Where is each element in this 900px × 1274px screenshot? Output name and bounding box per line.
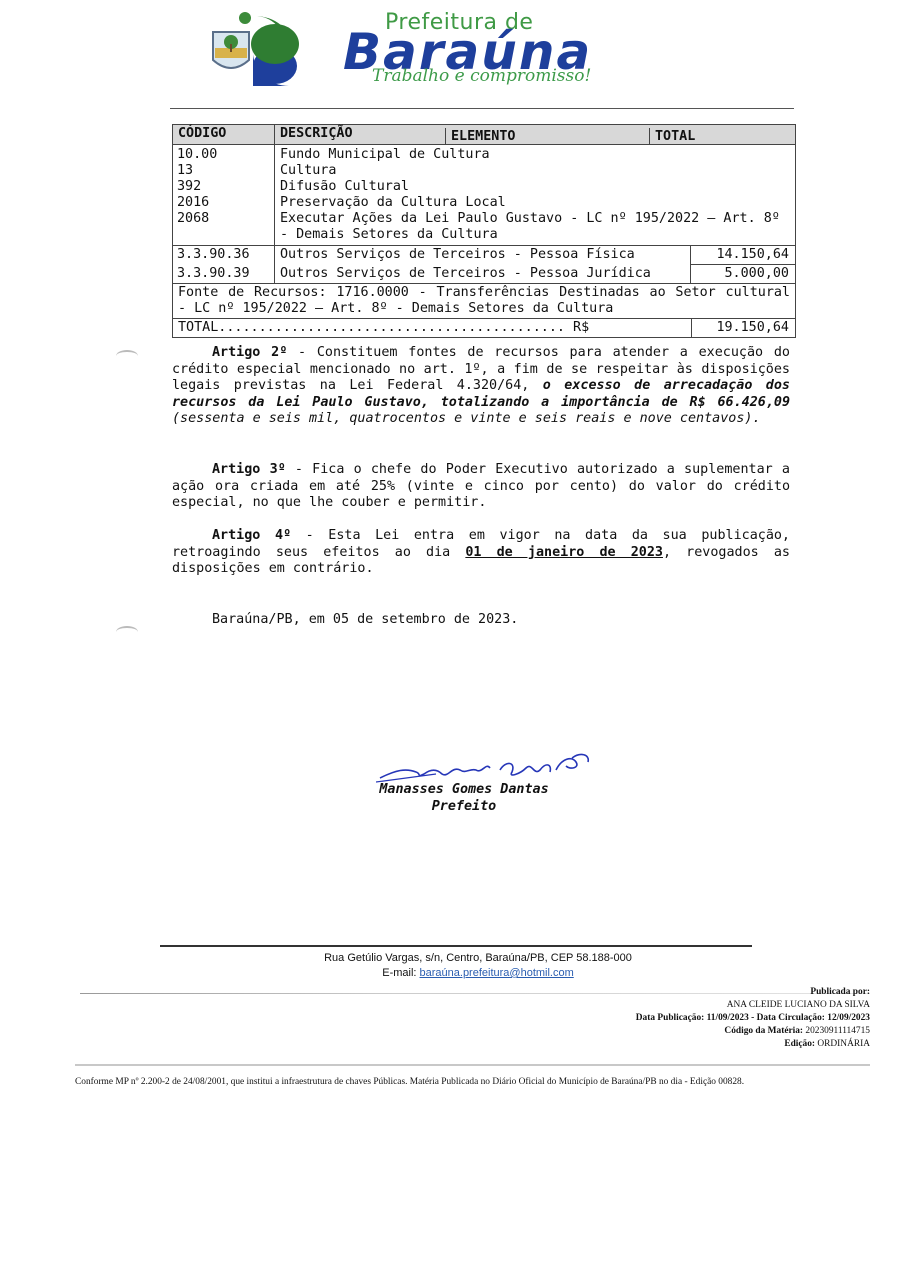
punch-hole-mark: [116, 626, 138, 638]
article-3: Artigo 3º - Fica o chefe do Poder Execut…: [172, 462, 790, 512]
table-cell-code: 13: [177, 163, 270, 179]
header-elemento: ELEMENTO: [445, 128, 650, 144]
budget-table: CÓDIGO DESCRIÇÃO ELEMENTO TOTAL 10.00 13…: [172, 124, 796, 338]
total-label: TOTAL...................................…: [173, 319, 691, 337]
signatory-role: Prefeito: [0, 798, 900, 815]
table-cell-description: Executar Ações da Lei Paulo Gustavo - LC…: [280, 211, 790, 243]
article-heading: Artigo 3º: [212, 462, 286, 477]
table-row: 3.3.90.39 Outros Serviços de Terceiros -…: [173, 265, 795, 283]
article-heading: Artigo 2º: [212, 345, 287, 360]
logo-slogan: Trabalho e compromisso!: [372, 66, 591, 86]
table-cell-total: 14.150,64: [690, 246, 795, 265]
elements-block: 3.3.90.36 Outros Serviços de Terceiros -…: [173, 246, 795, 284]
code-label: Código da Matéria:: [724, 1026, 803, 1036]
table-cell-code: 3.3.90.39: [173, 265, 275, 283]
edition-label: Edição:: [784, 1039, 815, 1049]
table-cell-description: Fundo Municipal de Cultura: [280, 147, 790, 163]
footer-contact: Rua Getúlio Vargas, s/n, Centro, Baraúna…: [0, 951, 900, 981]
table-cell-description: Difusão Cultural: [280, 179, 790, 195]
article-2: Artigo 2º - Constituem fontes de recurso…: [172, 345, 790, 428]
article-amount-words: (sessenta e seis mil, quatrocentos e vin…: [172, 411, 761, 426]
circ-date: 12/09/2023: [827, 1013, 870, 1023]
table-header: CÓDIGO DESCRIÇÃO ELEMENTO TOTAL: [173, 125, 795, 145]
footer-divider: [160, 945, 752, 947]
header-codigo: CÓDIGO: [173, 125, 275, 144]
total-value: 19.150,64: [691, 319, 795, 337]
table-row: 3.3.90.36 Outros Serviços de Terceiros -…: [173, 246, 795, 265]
email-link[interactable]: baraúna.prefeitura@hotmil.com: [420, 967, 574, 979]
signature-icon: [376, 748, 596, 784]
signatory-name: Manasses Gomes Dantas: [0, 781, 900, 798]
published-by-label: Publicada por:: [810, 987, 870, 997]
table-cell-total: 5.000,00: [690, 265, 795, 283]
table-cell-code: 392: [177, 179, 270, 195]
effective-date: 01 de janeiro de 2023: [465, 545, 663, 560]
table-cell-code: 2016: [177, 195, 270, 211]
matter-code: 20230911114715: [805, 1026, 870, 1036]
email-label: E-mail:: [382, 967, 419, 979]
city-emblem-icon: [205, 10, 325, 88]
bottom-divider: [75, 1064, 870, 1066]
table-cell-code: 10.00: [177, 147, 270, 163]
header-total: TOTAL: [650, 128, 795, 144]
table-cell-description: Preservação da Cultura Local: [280, 195, 790, 211]
circ-date-label: Data Circulação:: [757, 1013, 825, 1023]
table-cell-description: Outros Serviços de Terceiros - Pessoa Fí…: [275, 246, 690, 265]
signatory-block: Manasses Gomes Dantas Prefeito: [0, 781, 900, 815]
classification-block: 10.00 13 392 2016 2068 Fundo Municipal d…: [173, 145, 795, 246]
classification-descriptions: Fundo Municipal de Cultura Cultura Difus…: [275, 145, 795, 245]
legal-notice: Conforme MP nº 2.200-2 de 24/08/2001, qu…: [75, 1077, 744, 1087]
classification-codes: 10.00 13 392 2016 2068: [173, 145, 275, 245]
publication-info: Publicada por: ANA CLEIDE LUCIANO DA SIL…: [636, 986, 870, 1051]
article-heading: Artigo 4º: [212, 528, 291, 543]
place-and-date: Baraúna/PB, em 05 de setembro de 2023.: [212, 612, 518, 627]
published-by-name: ANA CLEIDE LUCIANO DA SILVA: [636, 999, 870, 1012]
table-cell-description: Cultura: [280, 163, 790, 179]
edition-type: ORDINÁRIA: [817, 1039, 870, 1049]
total-row: TOTAL...................................…: [173, 319, 795, 337]
header-divider: [170, 108, 794, 109]
header-descricao: DESCRIÇÃO: [275, 125, 445, 144]
prefeitura-logo: Prefeitura de Baraúna Trabalho e comprom…: [205, 4, 665, 90]
footer-address: Rua Getúlio Vargas, s/n, Centro, Baraúna…: [0, 951, 900, 966]
article-4: Artigo 4º - Esta Lei entra em vigor na d…: [172, 528, 790, 578]
funding-source: Fonte de Recursos: 1716.0000 - Transferê…: [173, 284, 795, 319]
punch-hole-mark: [116, 350, 138, 362]
table-cell-code: 3.3.90.36: [173, 246, 275, 265]
pub-date: 11/09/2023: [707, 1013, 749, 1023]
table-cell-code: 2068: [177, 211, 270, 227]
pub-date-label: Data Publicação:: [636, 1013, 704, 1023]
table-cell-description: Outros Serviços de Terceiros - Pessoa Ju…: [275, 265, 690, 283]
